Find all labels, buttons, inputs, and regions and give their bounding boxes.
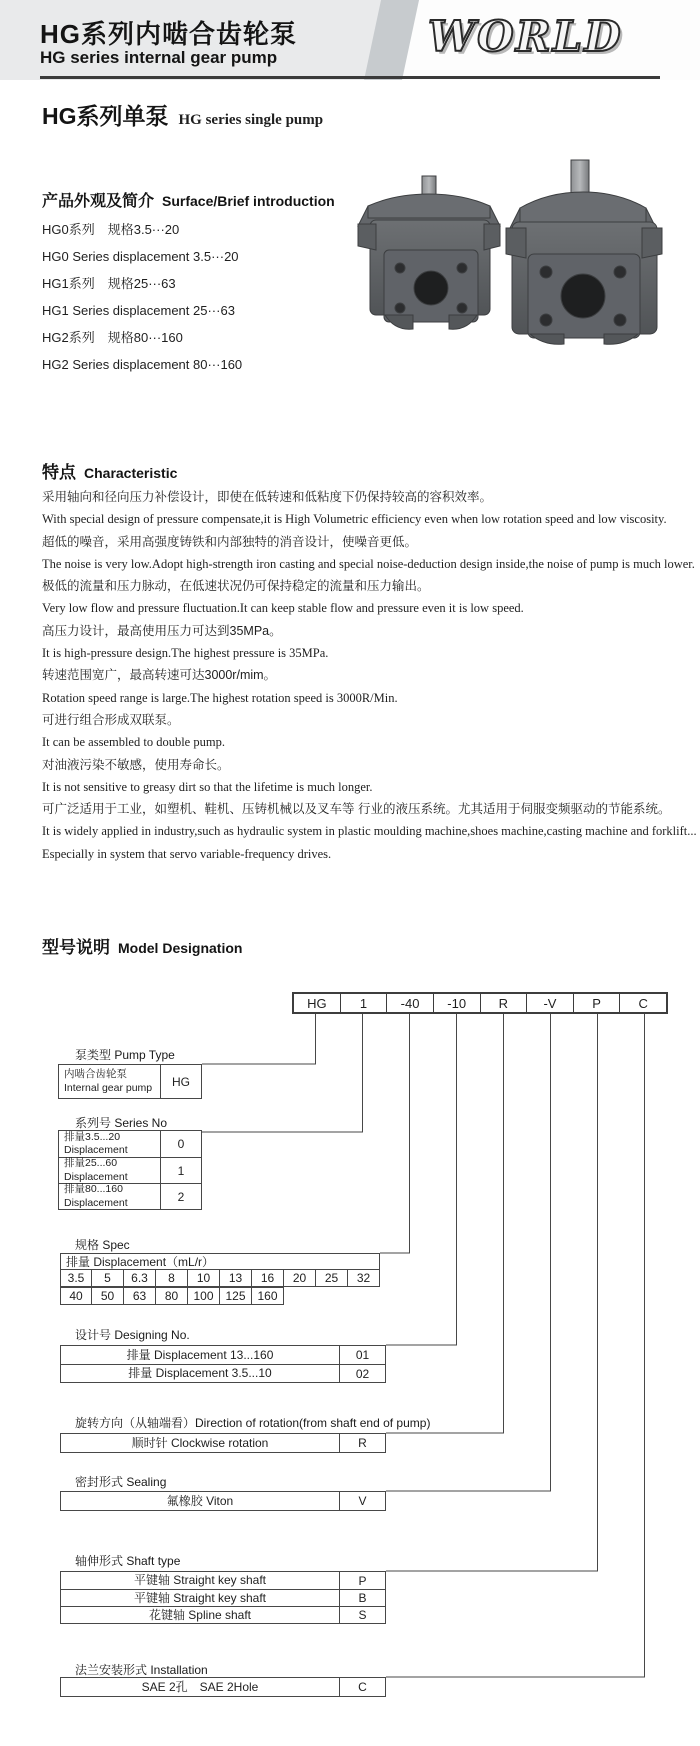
characteristic-list: 采用轴向和径向压力补偿设计，即使在低转速和低粘度下仍保持较高的容积效率。With… xyxy=(42,486,697,865)
cell: 160 xyxy=(252,1287,284,1305)
label-rotation: 旋转方向（从轴端看）Direction of rotation(from sha… xyxy=(75,1414,430,1431)
label-spec: 规格 Spec xyxy=(75,1236,130,1253)
table-spec-row1: 3.556.38101316202532 xyxy=(60,1269,380,1287)
characteristic-line: With special design of pressure compensa… xyxy=(42,508,697,530)
row-name: 排量3.5...20Displacement xyxy=(59,1131,161,1157)
cell: 50 xyxy=(92,1287,124,1305)
intro-heading: 产品外观及简介Surface/Brief introduction xyxy=(42,188,335,211)
header-title-zh: HG系列内啮合齿轮泵 xyxy=(40,14,297,51)
intro-list: HG0系列 规格3.5···20HG0 Series displacement … xyxy=(42,216,242,378)
table-sealing: 氟橡胶 VitonV xyxy=(60,1491,386,1511)
row-code: S xyxy=(340,1607,385,1623)
intro-line: HG1 Series displacement 25···63 xyxy=(42,297,242,324)
table-row: 排量 Displacement 13...16001 xyxy=(61,1346,385,1364)
row-code: HG xyxy=(161,1065,201,1098)
intro-line: HG0 Series displacement 3.5···20 xyxy=(42,243,242,270)
label-pump-type: 泵类型 Pump Type xyxy=(75,1046,175,1063)
single-pump-heading-en: HG series single pump xyxy=(179,112,324,128)
row-code: 01 xyxy=(340,1346,385,1364)
row-code: 2 xyxy=(161,1184,201,1209)
cell: 80 xyxy=(156,1287,188,1305)
row-name: 氟橡胶 Viton xyxy=(61,1492,340,1510)
row-code: B xyxy=(340,1590,385,1606)
table-row: 内啮合齿轮泵Internal gear pumpHG xyxy=(59,1065,201,1098)
cell: 13 xyxy=(220,1269,252,1287)
table-installation: SAE 2孔 SAE 2HoleC xyxy=(60,1677,386,1697)
table-row: 花键轴 Spline shaftS xyxy=(61,1606,385,1623)
table-row: 排量80...160Displacement2 xyxy=(59,1183,201,1209)
cell: 32 xyxy=(348,1269,380,1287)
row-name: 内啮合齿轮泵Internal gear pump xyxy=(59,1065,161,1098)
characteristic-line: It is not sensitive to greasy dirt so th… xyxy=(42,776,697,798)
table-rotation: 顺时针 Clockwise rotationR xyxy=(60,1433,386,1453)
cell: 10 xyxy=(188,1269,220,1287)
table-row: 排量25...60Displacement1 xyxy=(59,1157,201,1183)
row-code: R xyxy=(340,1434,385,1452)
table-spec-header: 排量 Displacement（mL/r） xyxy=(60,1253,380,1270)
characteristic-line: Very low flow and pressure fluctuation.I… xyxy=(42,597,697,619)
row-name: 平键轴 Straight key shaft xyxy=(61,1590,340,1606)
row-name: SAE 2孔 SAE 2Hole xyxy=(61,1678,340,1696)
label-series-no: 系列号 Series No xyxy=(75,1114,167,1131)
table-row: 顺时针 Clockwise rotationR xyxy=(61,1434,385,1452)
table-row: 平键轴 Straight key shaftB xyxy=(61,1589,385,1606)
cell: 25 xyxy=(316,1269,348,1287)
characteristic-heading: 特点Characteristic xyxy=(42,458,177,483)
row-name: 排量 Displacement 13...160 xyxy=(61,1346,340,1364)
row-code: 0 xyxy=(161,1131,201,1157)
intro-line: HG2系列 规格80···160 xyxy=(42,324,242,351)
table-row: SAE 2孔 SAE 2HoleC xyxy=(61,1678,385,1696)
row-code: P xyxy=(340,1572,385,1589)
table-series-no: 排量3.5...20Displacement0排量25...60Displace… xyxy=(58,1130,202,1210)
table-spec-row2: 40506380100125160 xyxy=(60,1287,284,1305)
row-name: 花键轴 Spline shaft xyxy=(61,1607,340,1623)
table-row: 平键轴 Straight key shaftP xyxy=(61,1572,385,1589)
intro-line: HG1系列 规格25···63 xyxy=(42,270,242,297)
row-name: 排量80...160Displacement xyxy=(59,1184,161,1209)
row-name: 排量 Displacement 3.5...10 xyxy=(61,1365,340,1382)
intro-line: HG0系列 规格3.5···20 xyxy=(42,216,242,243)
single-pump-heading-zh: HG系列单泵 xyxy=(42,103,169,129)
row-name: 排量25...60Displacement xyxy=(59,1158,161,1183)
label-shaft: 轴伸形式 Shaft type xyxy=(75,1552,180,1569)
cell: 6.3 xyxy=(124,1269,156,1287)
row-name: 平键轴 Straight key shaft xyxy=(61,1572,340,1589)
table-row: 排量 Displacement 3.5...1002 xyxy=(61,1364,385,1382)
header-rule xyxy=(40,76,660,79)
characteristic-line: It is high-pressure design.The highest p… xyxy=(42,642,697,664)
intro-heading-en: Surface/Brief introduction xyxy=(162,193,335,209)
characteristic-line: The noise is very low.Adopt high-strengt… xyxy=(42,553,697,575)
product-photo-pumps xyxy=(340,158,690,348)
label-designing: 设计号 Designing No. xyxy=(75,1326,190,1343)
row-code: C xyxy=(340,1678,385,1696)
single-pump-heading: HG系列单泵HG series single pump xyxy=(42,98,323,131)
table-row: 排量3.5...20Displacement0 xyxy=(59,1131,201,1157)
characteristic-line: It can be assembled to double pump. xyxy=(42,731,697,753)
world-logo: WORLD xyxy=(428,12,658,61)
cell: 5 xyxy=(92,1269,124,1287)
characteristic-line: 转速范围宽广，最高转速可达3000r/mim。 xyxy=(42,664,697,686)
characteristic-heading-en: Characteristic xyxy=(84,465,177,481)
header-title-en: HG series internal gear pump xyxy=(40,48,277,68)
table-shaft: 平键轴 Straight key shaftP平键轴 Straight key … xyxy=(60,1571,386,1624)
intro-line: HG2 Series displacement 80···160 xyxy=(42,351,242,378)
cell: 63 xyxy=(124,1287,156,1305)
row-code: V xyxy=(340,1492,385,1510)
cell: 125 xyxy=(220,1287,252,1305)
characteristic-line: 可广泛适用于工业，如塑机、鞋机、压铸机械以及叉车等 行业的液压系统。尤其适用于伺… xyxy=(42,798,697,820)
characteristic-line: It is widely applied in industry,such as… xyxy=(42,820,697,842)
row-code: 1 xyxy=(161,1158,201,1183)
characteristic-line: 极低的流量和压力脉动，在低速状况仍可保持稳定的流量和压力输出。 xyxy=(42,575,697,597)
row-name: 顺时针 Clockwise rotation xyxy=(61,1434,340,1452)
characteristic-line: Especially in system that servo variable… xyxy=(42,843,697,865)
characteristic-line: 高压力设计，最高使用压力可达到35MPa。 xyxy=(42,620,697,642)
intro-heading-zh: 产品外观及简介 xyxy=(42,193,154,210)
cell: 16 xyxy=(252,1269,284,1287)
cell: 3.5 xyxy=(60,1269,92,1287)
table-pump-type: 内啮合齿轮泵Internal gear pumpHG xyxy=(58,1064,202,1099)
characteristic-line: Rotation speed range is large.The highes… xyxy=(42,687,697,709)
cell: 40 xyxy=(60,1287,92,1305)
characteristic-line: 超低的噪音，采用高强度铸铁和内部独特的消音设计，使噪音更低。 xyxy=(42,531,697,553)
catalog-page: WORLD HG系列内啮合齿轮泵 HG series internal gear… xyxy=(0,0,700,1746)
cell: 100 xyxy=(188,1287,220,1305)
table-row: 氟橡胶 VitonV xyxy=(61,1492,385,1510)
label-installation: 法兰安装形式 Installation xyxy=(75,1661,208,1678)
cell: 20 xyxy=(284,1269,316,1287)
characteristic-line: 对油液污染不敏感，使用寿命长。 xyxy=(42,754,697,776)
characteristic-heading-zh: 特点 xyxy=(42,463,76,482)
label-sealing: 密封形式 Sealing xyxy=(75,1473,166,1490)
page-header: WORLD HG系列内啮合齿轮泵 HG series internal gear… xyxy=(0,0,700,80)
characteristic-line: 可进行组合形成双联泵。 xyxy=(42,709,697,731)
table-designing: 排量 Displacement 13...16001排量 Displacemen… xyxy=(60,1345,386,1383)
cell: 8 xyxy=(156,1269,188,1287)
row-code: 02 xyxy=(340,1365,385,1382)
characteristic-line: 采用轴向和径向压力补偿设计，即使在低转速和低粘度下仍保持较高的容积效率。 xyxy=(42,486,697,508)
